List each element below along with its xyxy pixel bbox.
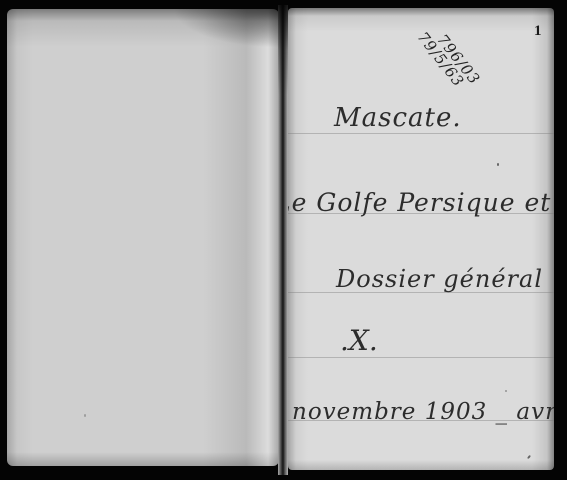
dust-speck: [505, 390, 507, 392]
page-number: 1: [534, 23, 542, 40]
handwritten-title: Mascate.: [334, 104, 462, 133]
handwritten-dossier-label: Dossier général: [336, 266, 543, 292]
ruled-line: [288, 133, 554, 134]
book-gutter-fold: [278, 5, 288, 475]
handwritten-volume-mark: .X.: [340, 326, 378, 357]
handwritten-subject: Le Golfe Persique et les Puissances: [288, 189, 554, 217]
ruled-line: [288, 357, 554, 358]
scanned-archive-spread: 1 796/03 79/5/63 Mascate. Le Golfe Persi…: [0, 0, 567, 480]
dust-speck: [497, 163, 499, 166]
archive-reference-scrawl: 796/03 79/5/63: [424, 32, 482, 96]
handwritten-date-range: novembre 1903 _ avril 1904: [292, 400, 554, 425]
dust-speck: [84, 414, 86, 417]
right-page: 1 796/03 79/5/63 Mascate. Le Golfe Persi…: [288, 8, 554, 470]
left-page-blank: [7, 9, 279, 466]
